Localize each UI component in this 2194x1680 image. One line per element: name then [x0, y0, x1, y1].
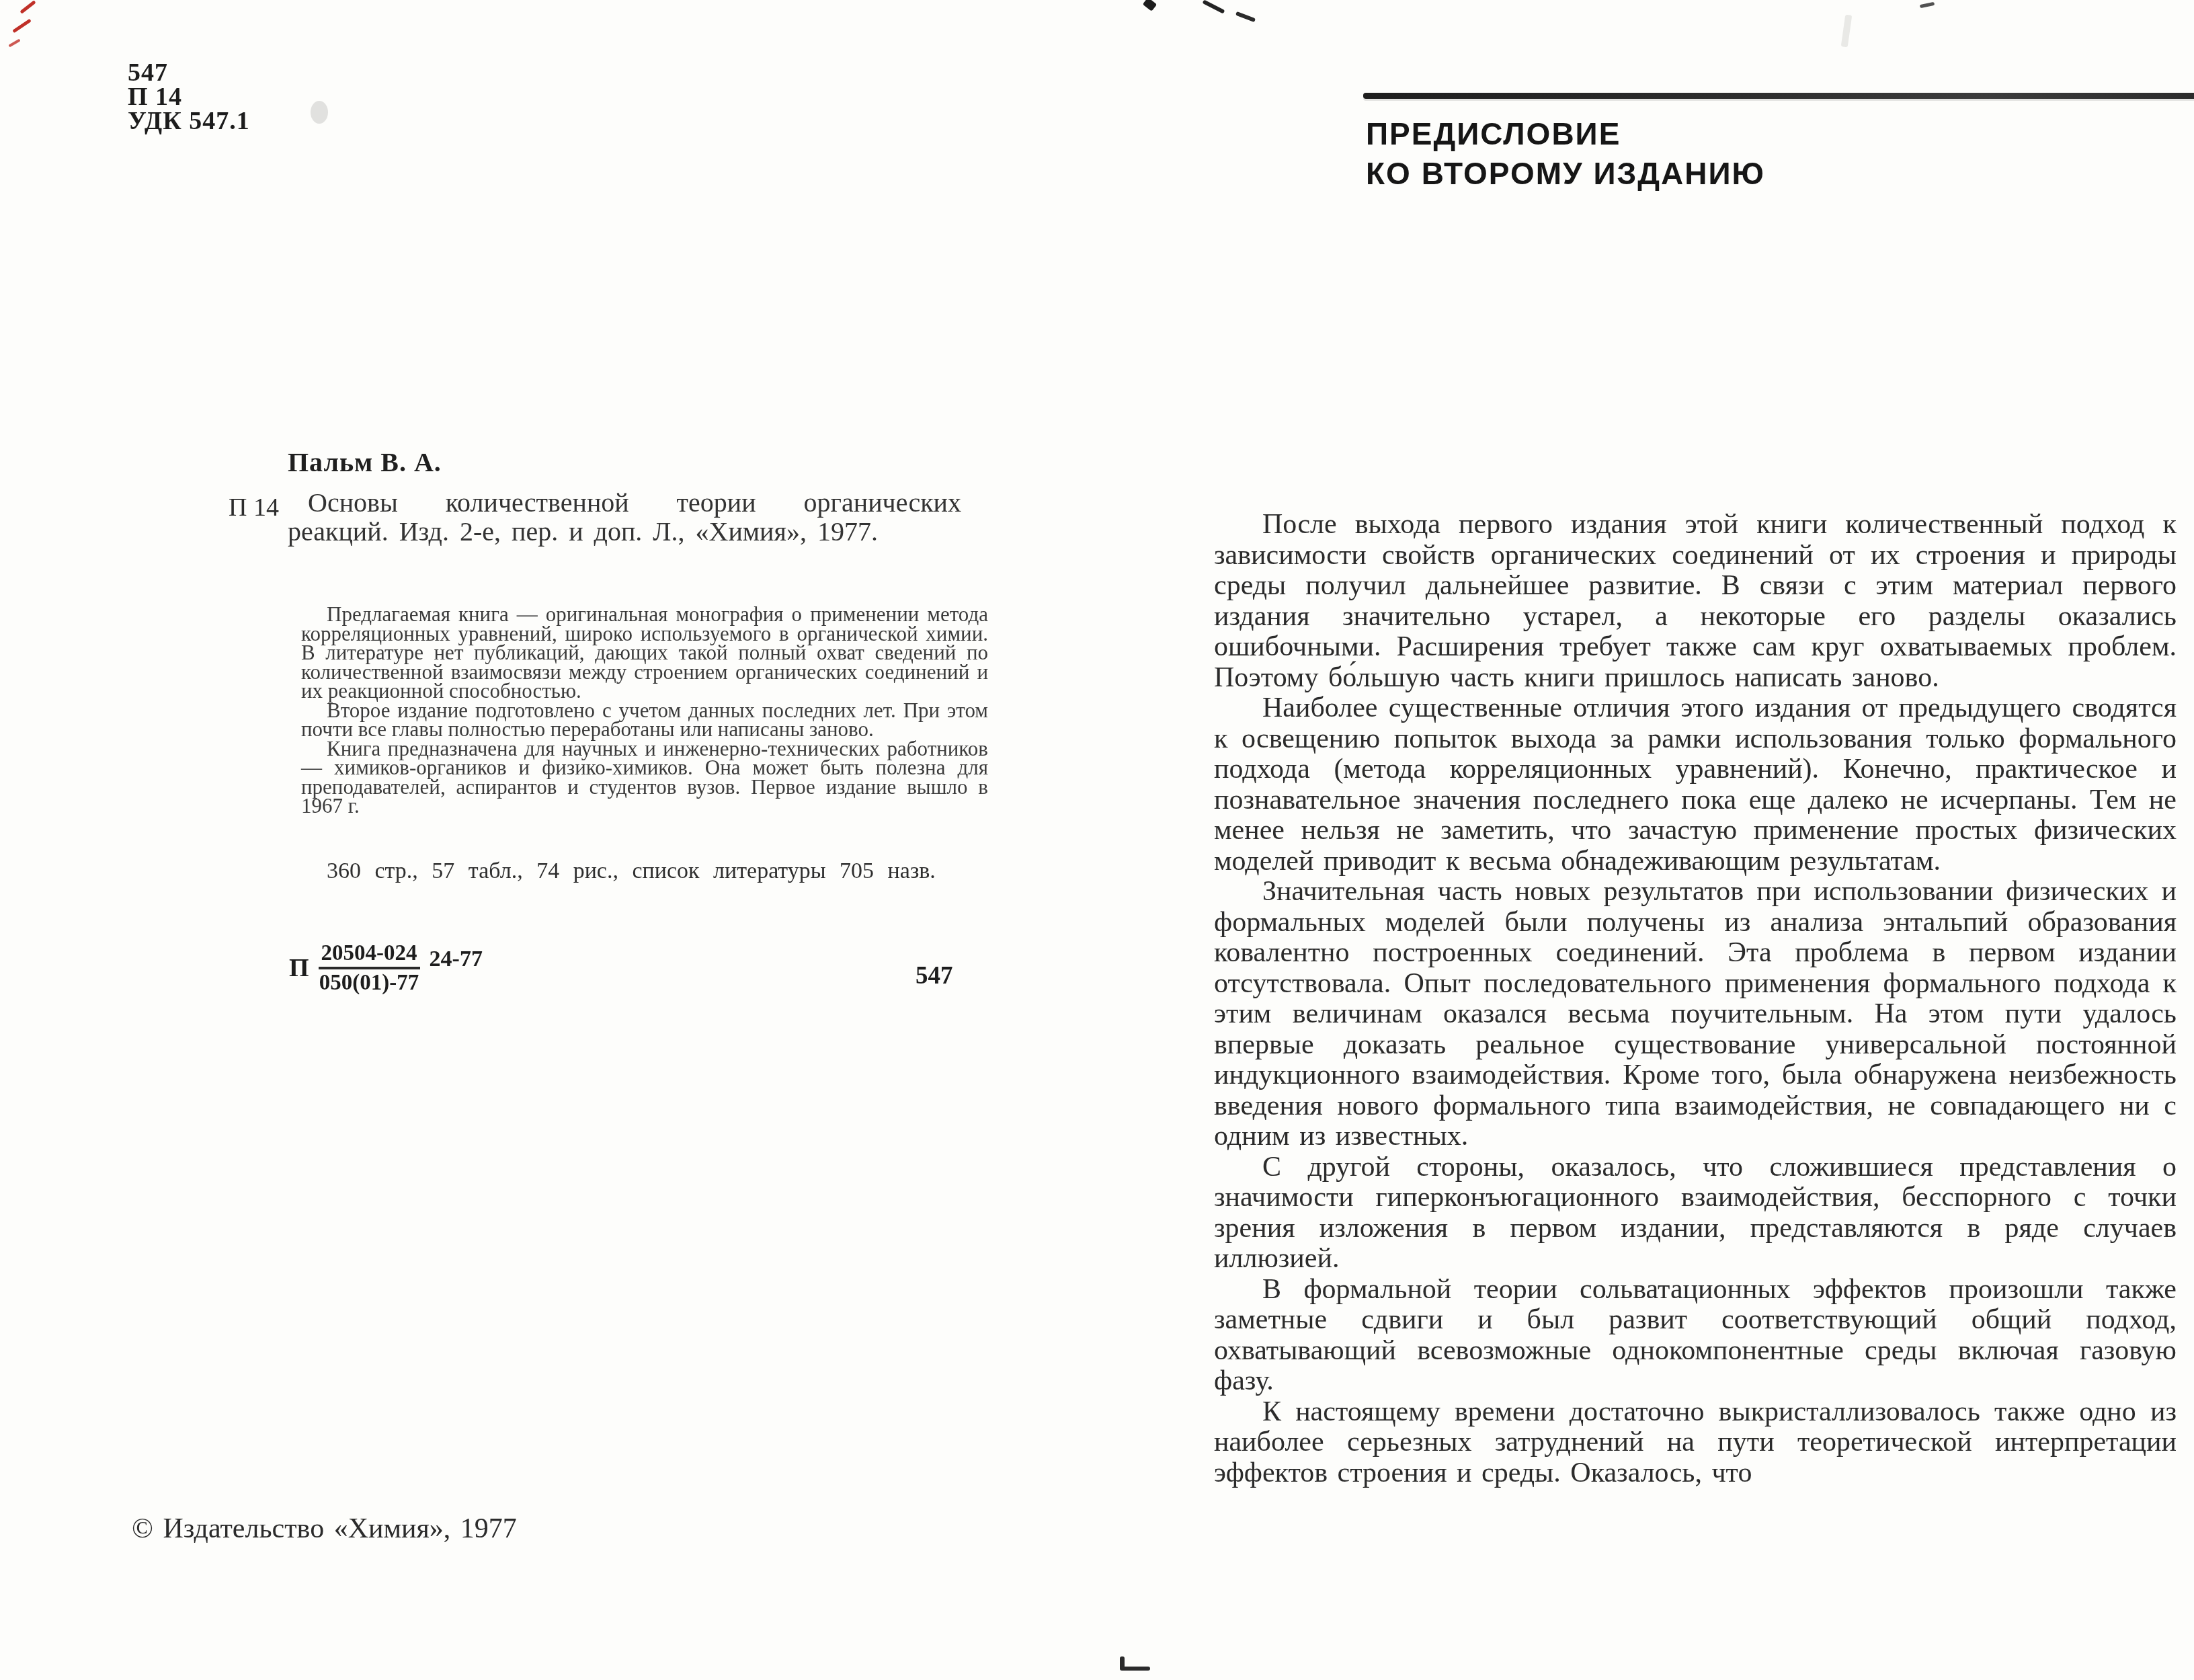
annotation-block: Предлагаемая книга — оригинальная моногр… [301, 605, 988, 816]
catalog-prefix: П [289, 953, 309, 983]
annotation-paragraph: Предлагаемая книга — оригинальная моногр… [301, 605, 988, 701]
annotation-paragraph: Книга предназначена для научных и инжене… [301, 739, 988, 816]
preface-body: После выхода первого издания этой книги … [1214, 510, 2177, 1488]
copyright-line: © Издательство «Химия», 1977 [132, 1513, 517, 1545]
book-title: Основы количественной теории органически… [288, 488, 961, 546]
bottom-ink-mark [1120, 1656, 1125, 1670]
shelf-code-line-3: УДК 547.1 [128, 109, 250, 133]
catalog-fraction: 20504-024 050(01)-77 [319, 941, 420, 995]
catalog-suffix: 24-77 [430, 947, 483, 972]
catalog-shelf-number: 547 [916, 961, 953, 990]
red-pen-mark [19, 0, 36, 14]
book-stats-line: 360 стр., 57 табл., 74 рис., список лите… [301, 859, 989, 883]
preface-heading: ПРЕДИСЛОВИЕ КО ВТОРОМУ ИЗДАНИЮ [1366, 114, 1765, 194]
catalog-entry-code: П 14 [229, 493, 279, 522]
red-pen-mark [8, 39, 20, 48]
catalog-fraction-numerator: 20504-024 [319, 941, 420, 969]
shelf-code-block: 547 П 14 УДК 547.1 [128, 61, 250, 133]
preface-paragraph: Значительная часть новых результатов при… [1214, 877, 2177, 1152]
red-pen-mark [12, 19, 31, 33]
print-smudge [311, 101, 328, 124]
preface-paragraph: К настоящему времени достаточно выкриста… [1214, 1397, 2177, 1489]
book-spread-scan: 547 П 14 УДК 547.1 Пальм В. А. П 14 Осно… [0, 0, 2194, 1680]
ink-mark [1143, 0, 1157, 11]
header-rule [1363, 93, 2194, 99]
preface-paragraph: С другой стороны, оказалось, что сложивш… [1214, 1152, 2177, 1275]
author-name: Пальм В. А. [288, 446, 442, 478]
preface-paragraph: В формальной теории сольватационных эффе… [1214, 1275, 2177, 1397]
catalog-fraction-denominator: 050(01)-77 [319, 969, 420, 995]
ink-mark [1203, 0, 1225, 14]
preface-heading-line-2: КО ВТОРОМУ ИЗДАНИЮ [1366, 154, 1765, 194]
catalog-index-number: П 20504-024 050(01)-77 24-77 [289, 941, 483, 995]
ink-mark [1920, 2, 1935, 8]
preface-heading-line-1: ПРЕДИСЛОВИЕ [1366, 114, 1765, 154]
annotation-paragraph: Второе издание подготовлено с учетом дан… [301, 701, 988, 739]
scan-smudge [1841, 15, 1853, 48]
shelf-code-line-2: П 14 [128, 85, 250, 109]
shelf-code-line-1: 547 [128, 61, 250, 85]
preface-paragraph: Наиболее существенные отличия этого изда… [1214, 693, 2177, 877]
ink-mark [1235, 11, 1256, 22]
preface-paragraph: После выхода первого издания этой книги … [1214, 510, 2177, 693]
